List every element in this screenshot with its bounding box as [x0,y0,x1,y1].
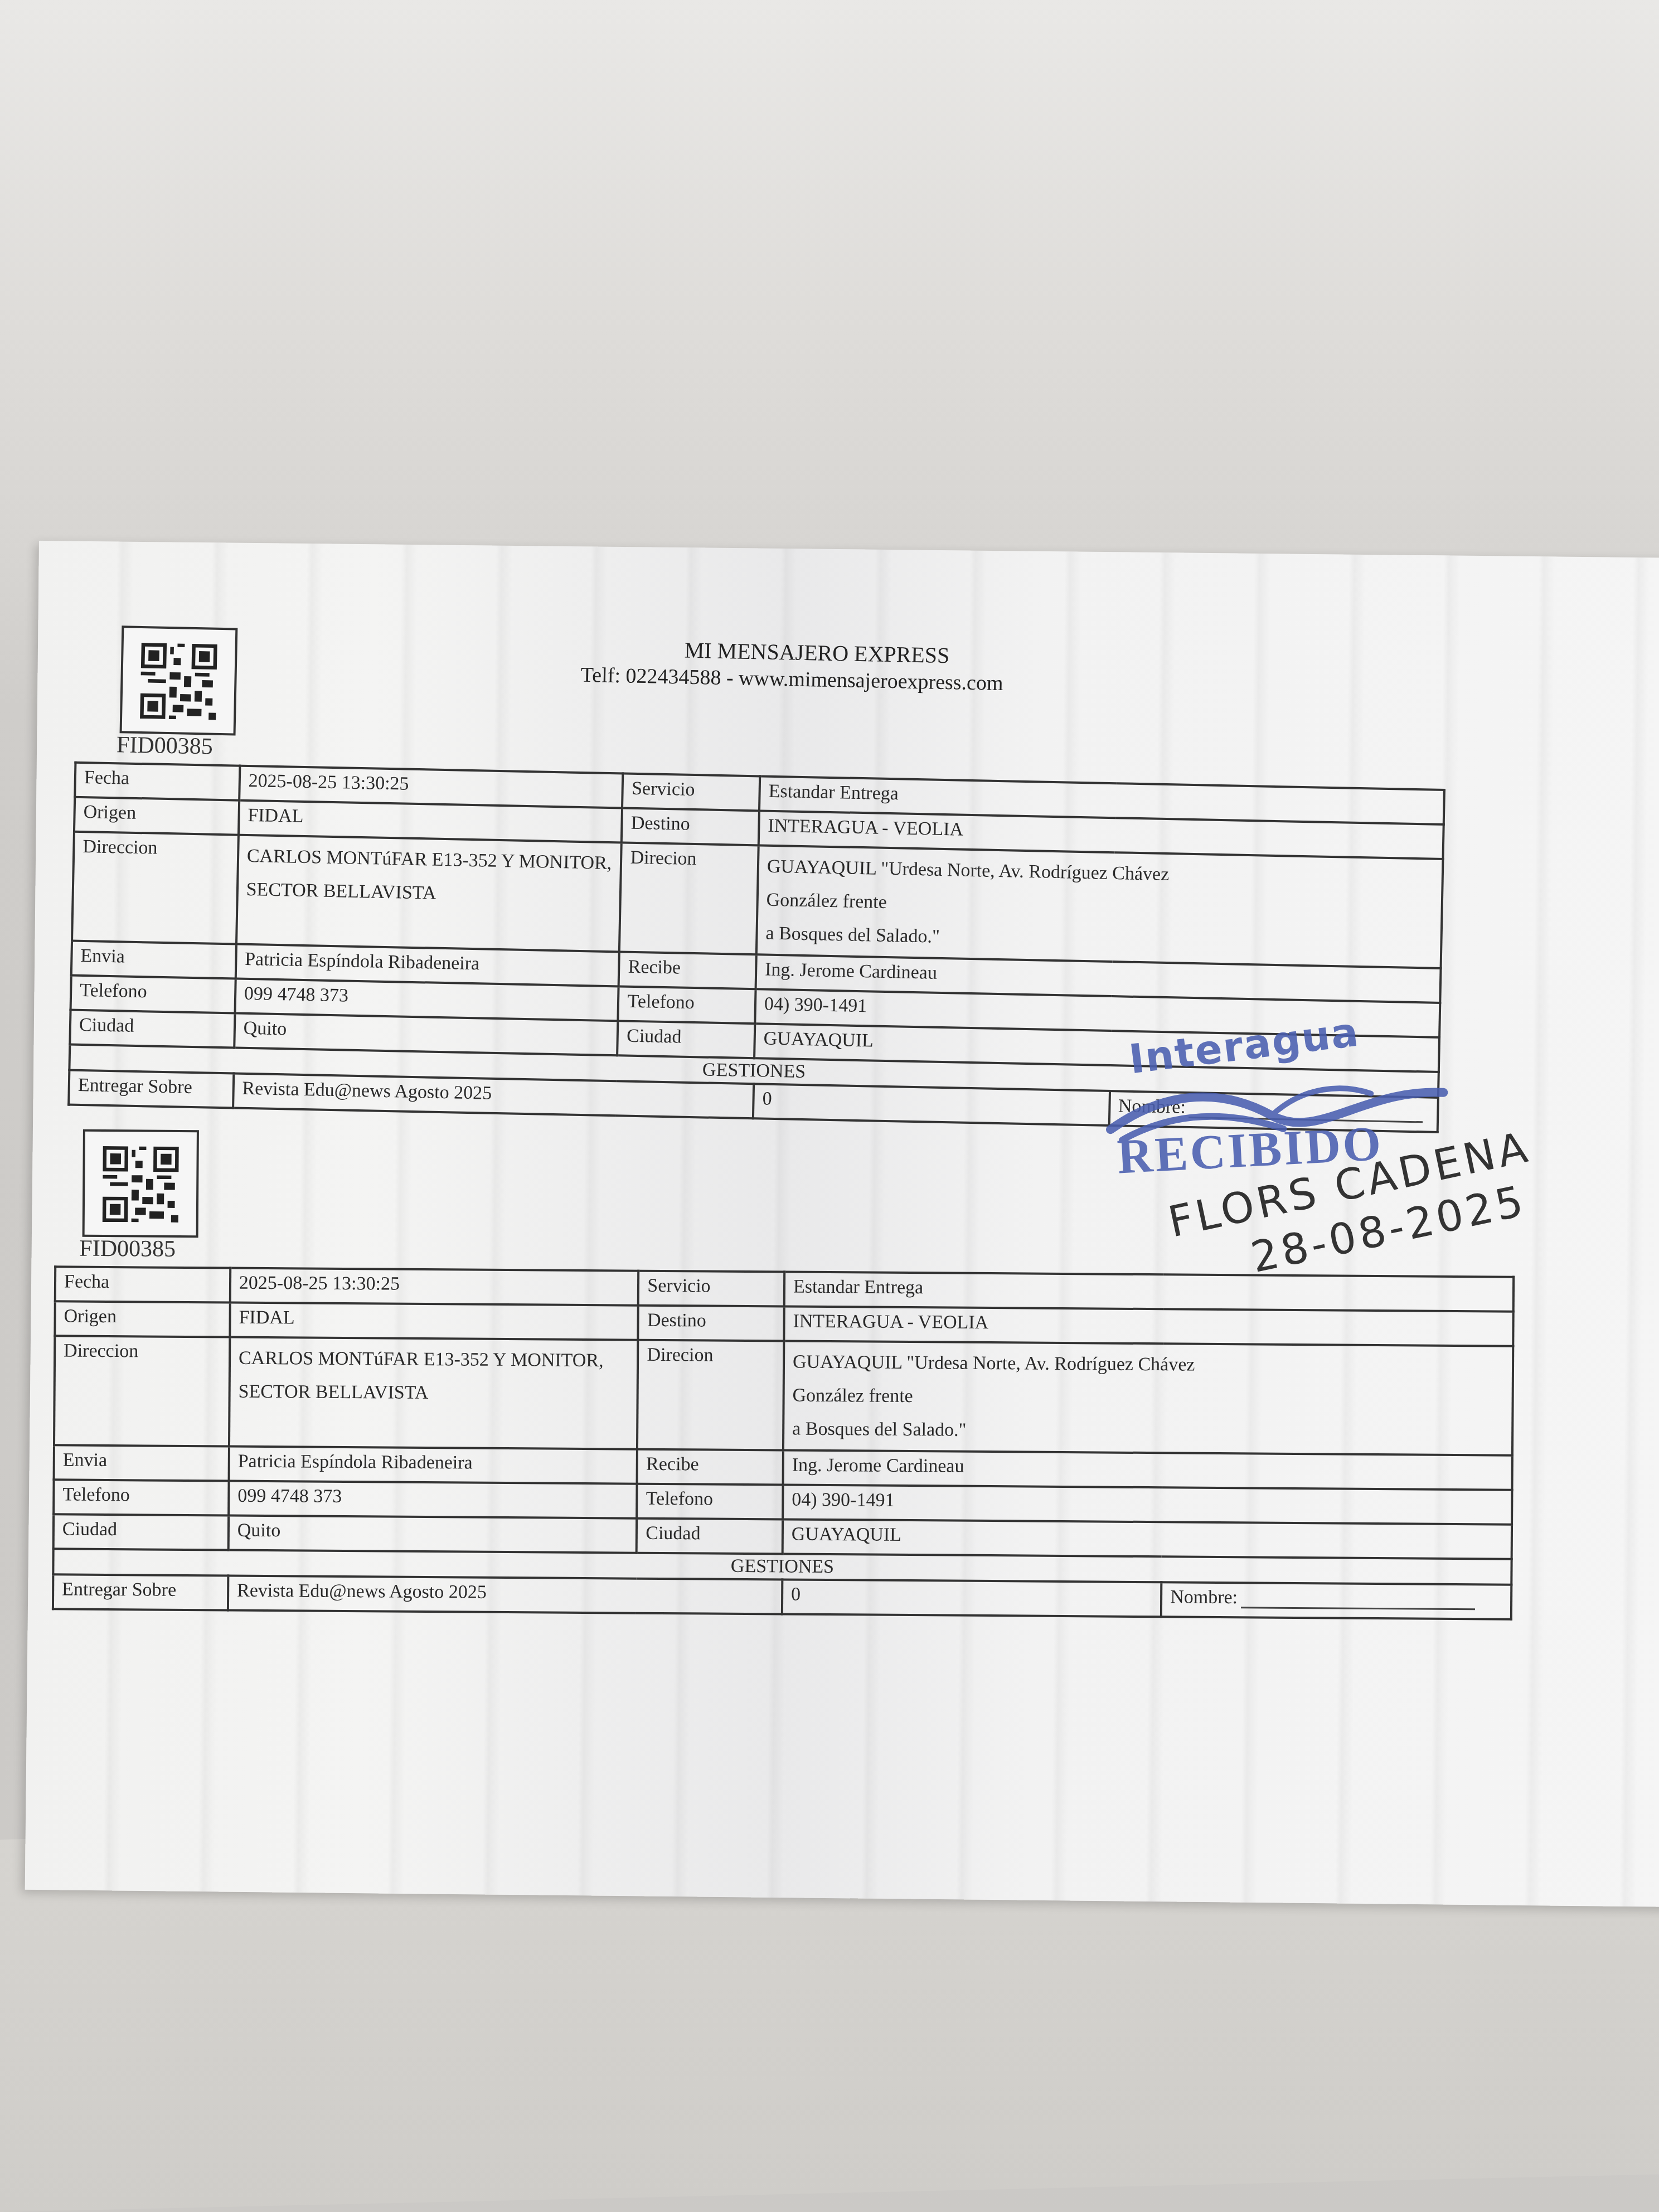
sender-ciudad-label: Ciudad [54,1514,229,1550]
direccion-label: Direccion [72,832,239,944]
direccion-line: CARLOS MONTúFAR E13-352 Y MONITOR, [239,1342,629,1378]
receiver-telefono-value: 04) 390-1491 [783,1485,1512,1524]
origen-label: Origen [55,1301,230,1337]
sender-telefono-label: Telefono [71,976,236,1013]
envia-label: Envia [54,1445,229,1481]
sender-ciudad-label: Ciudad [70,1010,235,1048]
origen-value: FIDAL [230,1303,638,1340]
recibe-label: Recibe [619,952,756,989]
shipment-table: Fecha 2025-08-25 13:30:25 Servicio Estan… [52,1265,1515,1620]
direcion-line: GUAYAQUIL "Urdesa Norte, Av. Rodríguez C… [793,1346,1504,1384]
gestion-cantidad: 0 [753,1084,1110,1126]
direcion-label: Direcion [637,1340,784,1451]
destino-label: Destino [622,808,759,845]
receiver-ciudad-label: Ciudad [618,1021,755,1058]
qr-code-icon [99,1146,182,1223]
envia-value: Patricia Espíndola Ribadeneira [229,1447,637,1484]
direcion-line: a Bosques del Salado." [792,1413,1503,1451]
direccion-value: CARLOS MONTúFAR E13-352 Y MONITOR, SECTO… [229,1337,638,1449]
sender-telefono-label: Telefono [54,1479,229,1515]
receiver-ciudad-value: GUAYAQUIL [783,1519,1512,1559]
company-name: MI MENSAJERO EXPRESS [684,637,950,669]
nombre-label: Nombre: [1170,1587,1238,1608]
direcion-value: GUAYAQUIL "Urdesa Norte, Av. Rodríguez C… [756,845,1443,968]
direcion-value: GUAYAQUIL "Urdesa Norte, Av. Rodríguez C… [783,1341,1513,1455]
qr-code-box [120,625,238,735]
fecha-label: Fecha [75,763,240,801]
direcion-label: Direcion [619,842,758,954]
receiver-telefono-label: Telefono [637,1484,783,1520]
sender-telefono-value: 099 4748 373 [229,1481,637,1519]
signature-line [1241,1590,1475,1610]
recibe-label: Recibe [637,1449,783,1485]
servicio-value: Estandar Entrega [784,1272,1514,1312]
receiver-ciudad-label: Ciudad [637,1519,783,1554]
qr-code-icon [137,643,221,720]
tracking-id: FID00385 [79,1235,176,1263]
sender-ciudad-value: Quito [229,1516,637,1553]
direccion-label: Direccion [54,1336,230,1446]
fecha-value: 2025-08-25 13:30:25 [230,1268,639,1306]
origen-label: Origen [74,797,239,835]
gestion-accion: Entregar Sobre [53,1574,228,1610]
envia-label: Envia [71,941,236,979]
direccion-line: SECTOR BELLAVISTA [238,1375,629,1411]
destino-label: Destino [638,1306,784,1341]
gestion-cantidad: 0 [782,1579,1162,1617]
gestion-descripcion: Revista Edu@news Agosto 2025 [228,1576,782,1614]
gestion-accion: Entregar Sobre [69,1070,234,1108]
tracking-id: FID00385 [117,731,214,760]
destino-value: INTERAGUA - VEOLIA [784,1306,1513,1346]
direcion-line: González frente [792,1379,1503,1418]
gestion-nombre: Nombre: [1161,1582,1511,1619]
servicio-label: Servicio [638,1271,784,1307]
recibe-value: Ing. Jerome Cardineau [783,1450,1512,1490]
direccion-value: CARLOS MONTúFAR E13-352 Y MONITOR, SECTO… [236,835,622,952]
qr-code-box [83,1129,199,1238]
receiver-telefono-label: Telefono [618,986,756,1023]
servicio-label: Servicio [622,773,760,811]
fecha-label: Fecha [55,1267,230,1302]
